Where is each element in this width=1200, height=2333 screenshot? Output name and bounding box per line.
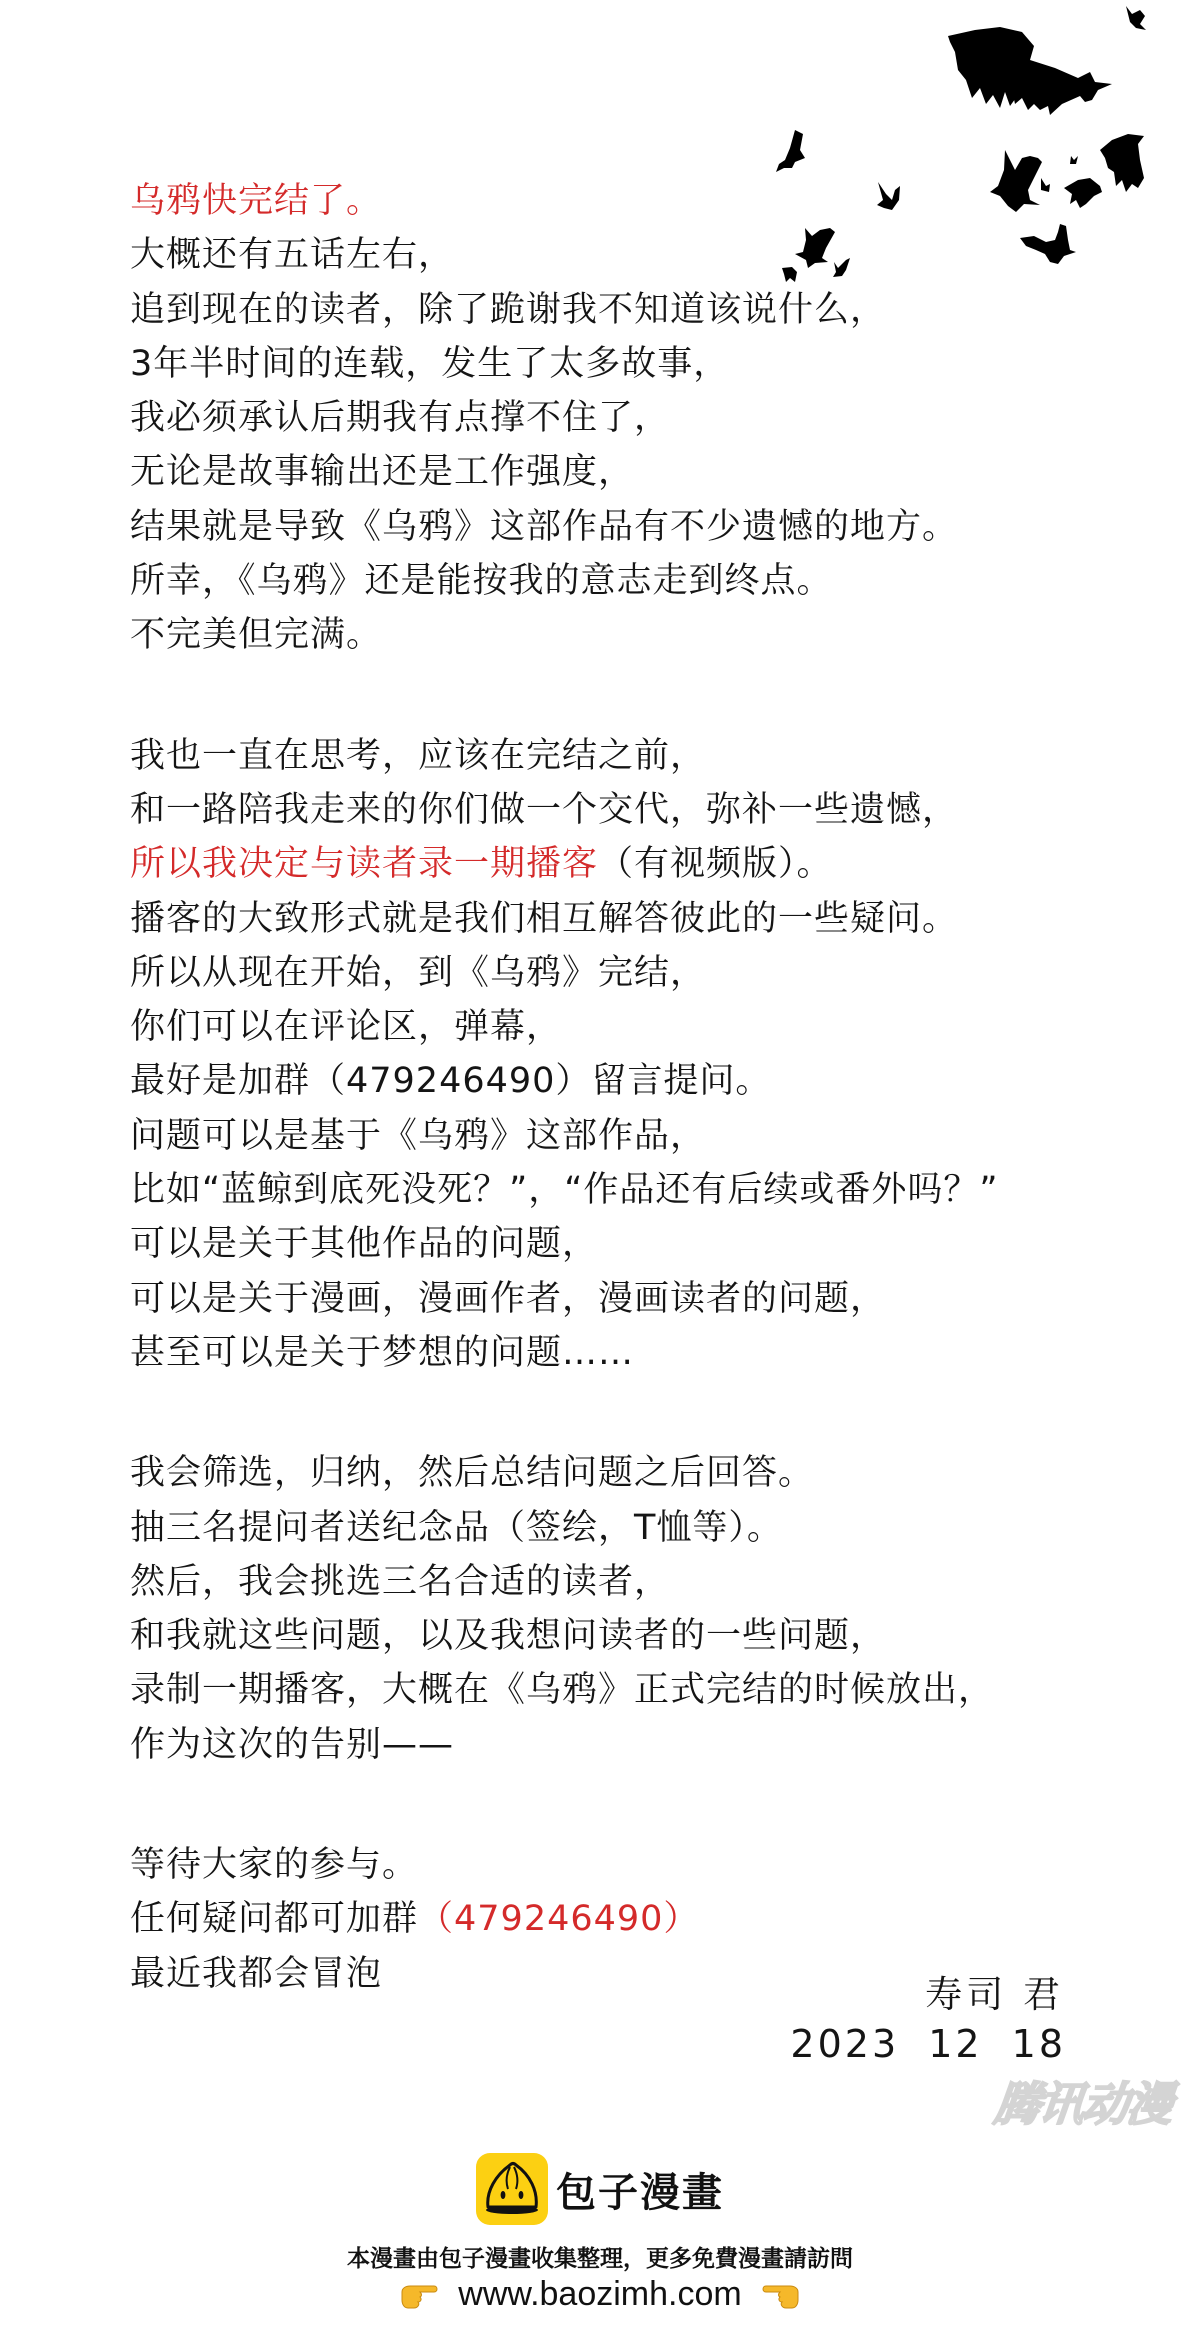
podcast-announcement-line: 所以我决定与读者录一期播客（有视频版）。 xyxy=(130,837,1130,891)
brand-name: 包子漫畫 xyxy=(556,2161,724,2218)
text-line: 和我就这些问题，以及我想问读者的一些问题， xyxy=(130,1609,1130,1663)
pointing-right-hand-icon xyxy=(398,2278,440,2312)
text-line: 3年半时间的连载，发生了太多故事， xyxy=(130,337,1130,391)
tencent-comic-watermark: 腾讯动漫 xyxy=(992,2068,1175,2134)
author-signature: 寿司 君 xyxy=(925,1964,1064,2018)
text-fragment: 任何疑问都可加群 xyxy=(130,1899,418,1939)
text-line: 无论是故事输出还是工作强度， xyxy=(130,445,1130,499)
site-url-link[interactable]: www.baozimh.com xyxy=(458,2275,741,2314)
letter-body: 乌鸦快完结了。 大概还有五话左右， 追到现在的读者，除了跪谢我不知道该说什么， … xyxy=(130,174,1130,2001)
text-line: 然后，我会挑选三名合适的读者， xyxy=(130,1555,1130,1609)
group-number-line: 任何疑问都可加群（479246490） xyxy=(130,1892,1130,1946)
text-line: 比如“蓝鲸到底死没死？”，“作品还有后续或番外吗？” xyxy=(130,1163,1130,1217)
text-line: 所幸，《乌鸦》还是能按我的意志走到终点。 xyxy=(130,554,1130,608)
pointing-left-hand-icon xyxy=(760,2278,802,2312)
text-line: 可以是关于其他作品的问题， xyxy=(130,1217,1130,1271)
text-line: 等待大家的参与。 xyxy=(130,1838,1130,1892)
text-line: 我也一直在思考，应该在完结之前， xyxy=(130,729,1130,783)
baozi-logo-icon xyxy=(476,2153,548,2225)
text-line: 抽三名提问者送纪念品（签绘，T恤等）。 xyxy=(130,1501,1130,1555)
letter-date: 2023 12 18 xyxy=(790,2022,1066,2066)
text-line: 和一路陪我走来的你们做一个交代，弥补一些遗憾， xyxy=(130,783,1130,837)
text-line: 我会筛选，归纳，然后总结问题之后回答。 xyxy=(130,1446,1130,1500)
paragraph-2: 我也一直在思考，应该在完结之前， 和一路陪我走来的你们做一个交代，弥补一些遗憾，… xyxy=(130,729,1130,1381)
text-line: 问题可以是基于《乌鸦》这部作品， xyxy=(130,1109,1130,1163)
text-line: 我必须承认后期我有点撑不住了， xyxy=(130,391,1130,445)
text-line: 追到现在的读者，除了跪谢我不知道该说什么， xyxy=(130,283,1130,337)
text-line: 甚至可以是关于梦想的问题…… xyxy=(130,1326,1130,1380)
text-line: 你们可以在评论区，弹幕， xyxy=(130,1000,1130,1054)
group-number: （479246490） xyxy=(418,1899,699,1939)
title-line: 乌鸦快完结了。 xyxy=(130,174,1130,228)
footer-tagline: 本漫畫由包子漫畫收集整理，更多免費漫畫請訪問 xyxy=(0,2240,1200,2273)
text-line: 可以是关于漫画，漫画作者，漫画读者的问题， xyxy=(130,1272,1130,1326)
paragraph-3: 我会筛选，归纳，然后总结问题之后回答。 抽三名提问者送纪念品（签绘，T恤等）。 … xyxy=(130,1446,1130,1772)
text-line: 最好是加群（479246490）留言提问。 xyxy=(130,1054,1130,1108)
text-line: 大概还有五话左右， xyxy=(130,228,1130,282)
footer-branding: 包子漫畫 本漫畫由包子漫畫收集整理，更多免費漫畫請訪問 www.baozimh.… xyxy=(0,2150,1200,2314)
url-row: www.baozimh.com xyxy=(0,2275,1200,2314)
text-line: 所以从现在开始，到《乌鸦》完结， xyxy=(130,946,1130,1000)
highlight-text: 所以我决定与读者录一期播客 xyxy=(130,844,598,884)
text-line: 作为这次的告别—— xyxy=(130,1718,1130,1772)
text-line: 录制一期播客，大概在《乌鸦》正式完结的时候放出， xyxy=(130,1663,1130,1717)
text-fragment: （有视频版）。 xyxy=(598,844,833,884)
text-line: 不完美但完满。 xyxy=(130,608,1130,662)
text-line: 结果就是导致《乌鸦》这部作品有不少遗憾的地方。 xyxy=(130,500,1130,554)
brand-row: 包子漫畫 xyxy=(0,2150,1200,2228)
manga-afterword-page: 乌鸦快完结了。 大概还有五话左右， 追到现在的读者，除了跪谢我不知道该说什么， … xyxy=(0,0,1200,2333)
text-line: 播客的大致形式就是我们相互解答彼此的一些疑问。 xyxy=(130,892,1130,946)
paragraph-1: 乌鸦快完结了。 大概还有五话左右， 追到现在的读者，除了跪谢我不知道该说什么， … xyxy=(130,174,1130,663)
